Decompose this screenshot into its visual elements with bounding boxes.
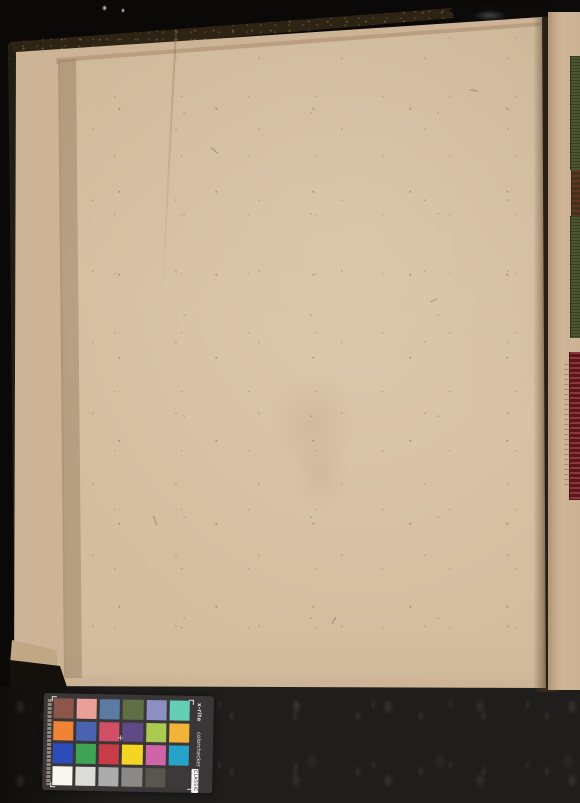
colorchecker-patch [99,744,120,764]
registration-corner-mark [50,782,55,787]
colorchecker-patch [168,768,189,788]
colorchecker-patch [53,721,74,741]
colorchecker-label-column: x-rite colorchecker CLASSIC [188,699,212,790]
colorchecker-patch [169,700,190,720]
colorchecker-patches [52,698,190,788]
dust-speck [102,5,107,11]
colorchecker-patch [76,721,97,741]
colorchecker-patch [123,722,144,742]
colorchecker-chart: x-rite colorchecker CLASSIC + [42,693,214,793]
colorchecker-patch [99,767,120,787]
page-stain [285,430,355,520]
colorchecker-patch [122,745,143,765]
colorchecker-wordmark: colorchecker [195,732,202,767]
classic-edition-badge: CLASSIC [191,769,198,793]
colorchecker-patch [168,745,189,765]
colorchecker-patch [53,743,74,763]
colorchecker-patch [145,745,166,765]
colorchecker-patch [52,766,73,786]
colorchecker-patch [122,767,143,787]
photo-stage: x-rite colorchecker CLASSIC + [0,0,580,803]
right-page-edge [548,12,580,690]
colorchecker-patch [146,722,167,742]
colorchecker-patch [75,766,96,786]
registration-corner-mark [187,785,192,790]
fabric-swatch-olive-upper [570,56,580,170]
colorchecker-patch [169,723,190,743]
colorchecker-patch [145,767,166,787]
fabric-swatch-maroon [569,352,580,500]
fabric-swatch-olive-lower [570,216,580,338]
registration-corner-mark [189,700,194,705]
colorchecker-ruler [46,698,52,785]
dust-speck [121,8,125,13]
colorchecker-patch [146,700,167,720]
colorchecker-patch [100,699,121,719]
xrite-logo: x-rite [195,703,201,722]
registration-corner-mark [52,696,57,701]
colorchecker-center-mark: + [117,734,124,742]
colorchecker-patch [76,744,97,764]
fabric-swatch-frayed-mix [571,170,580,216]
colorchecker-patch [123,700,144,720]
colorchecker-patch [77,699,98,719]
